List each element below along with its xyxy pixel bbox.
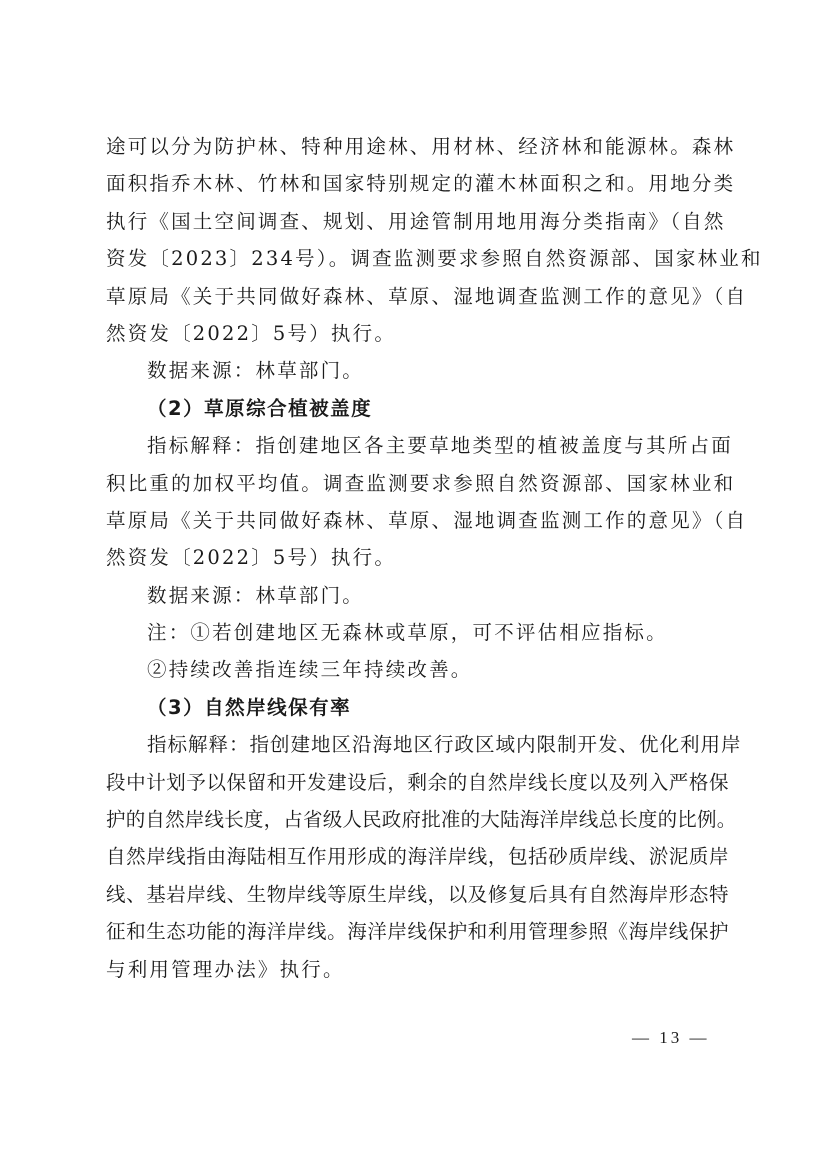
note-line: 注：①若创建地区无森林或草原，可不评估相应指标。 <box>106 614 710 651</box>
paragraph-line: 资发〔2023〕234号）。调查监测要求参照自然资源部、国家林业和 <box>106 240 710 277</box>
indicator-explanation-line: 指标解释：指创建地区各主要草地类型的植被盖度与其所占面 <box>106 427 710 464</box>
paragraph-line: 草原局《关于共同做好森林、草原、湿地调查监测工作的意见》（自 <box>106 278 710 315</box>
paragraph-line: 护的自然岸线长度，占省级人民政府批准的大陆海洋岸线总长度的比例。 <box>106 801 710 838</box>
paragraph-line: 然资发〔2022〕5号）执行。 <box>106 539 710 576</box>
data-source-line: 数据来源：林草部门。 <box>106 352 710 389</box>
document-page: 途可以分为防护林、特种用途林、用材林、经济林和能源林。森林 面积指乔木林、竹林和… <box>106 128 710 988</box>
paragraph-line: 与利用管理办法》执行。 <box>106 951 710 988</box>
paragraph-line: 积比重的加权平均值。调查监测要求参照自然资源部、国家林业和 <box>106 465 710 502</box>
indicator-explanation-line: 指标解释：指创建地区沿海地区行政区域内限制开发、优化利用岸 <box>106 726 710 763</box>
data-source-line: 数据来源：林草部门。 <box>106 577 710 614</box>
note-line: ②持续改善指连续三年持续改善。 <box>106 651 710 688</box>
paragraph-line: 面积指乔木林、竹林和国家特别规定的灌木林面积之和。用地分类 <box>106 165 710 202</box>
paragraph-line: 途可以分为防护林、特种用途林、用材林、经济林和能源林。森林 <box>106 128 710 165</box>
paragraph-line: 线、基岩岸线、生物岸线等原生岸线，以及修复后具有自然海岸形态特 <box>106 876 710 913</box>
page-number: — 13 — <box>632 1028 710 1048</box>
paragraph-line: 执行《国土空间调查、规划、用途管制用地用海分类指南》（自然 <box>106 203 710 240</box>
paragraph-line: 征和生态功能的海洋岸线。海洋岸线保护和利用管理参照《海岸线保护 <box>106 913 710 950</box>
section-heading-coastline: （3）自然岸线保有率 <box>106 689 710 726</box>
paragraph-line: 然资发〔2022〕5号）执行。 <box>106 315 710 352</box>
paragraph-line: 自然岸线指由海陆相互作用形成的海洋岸线，包括砂质岸线、淤泥质岸 <box>106 838 710 875</box>
paragraph-line: 草原局《关于共同做好森林、草原、湿地调查监测工作的意见》（自 <box>106 502 710 539</box>
section-heading-grassland: （2）草原综合植被盖度 <box>106 390 710 427</box>
paragraph-line: 段中计划予以保留和开发建设后，剩余的自然岸线长度以及列入严格保 <box>106 764 710 801</box>
